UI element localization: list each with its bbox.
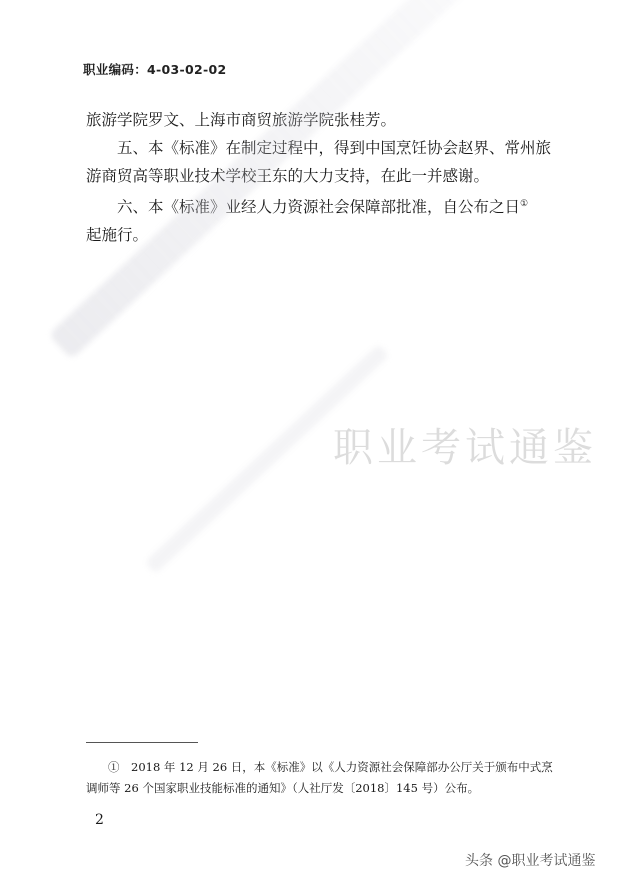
page-number: 2 bbox=[95, 812, 104, 828]
paragraph-six: 六、本《标准》业经人力资源社会保障部批准，自公布之日① bbox=[86, 190, 556, 221]
footnote: ① 2018 年 12 月 26 日，本《标准》以《人力资源社会保障部办公厅关于… bbox=[86, 757, 556, 799]
body-text: 旅游学院罗文、上海市商贸旅游学院张桂芳。 五、本《标准》在制定过程中，得到中国烹… bbox=[86, 106, 556, 249]
watermark-text: 职业考试通鉴 bbox=[333, 416, 597, 473]
paragraph-five: 五、本《标准》在制定过程中，得到中国烹饪协会赵界、常州旅游商贸高等职业技术学校王… bbox=[86, 134, 556, 190]
footnote-text: ① 2018 年 12 月 26 日，本《标准》以《人力资源社会保障部办公厅关于… bbox=[86, 757, 556, 799]
footnote-marker[interactable]: ① bbox=[520, 199, 528, 209]
occupation-code: 职业编码：4-03-02-02 bbox=[83, 60, 226, 78]
footnote-divider bbox=[86, 742, 198, 743]
source-credit: 头条 @职业考试通鉴 bbox=[465, 850, 595, 870]
